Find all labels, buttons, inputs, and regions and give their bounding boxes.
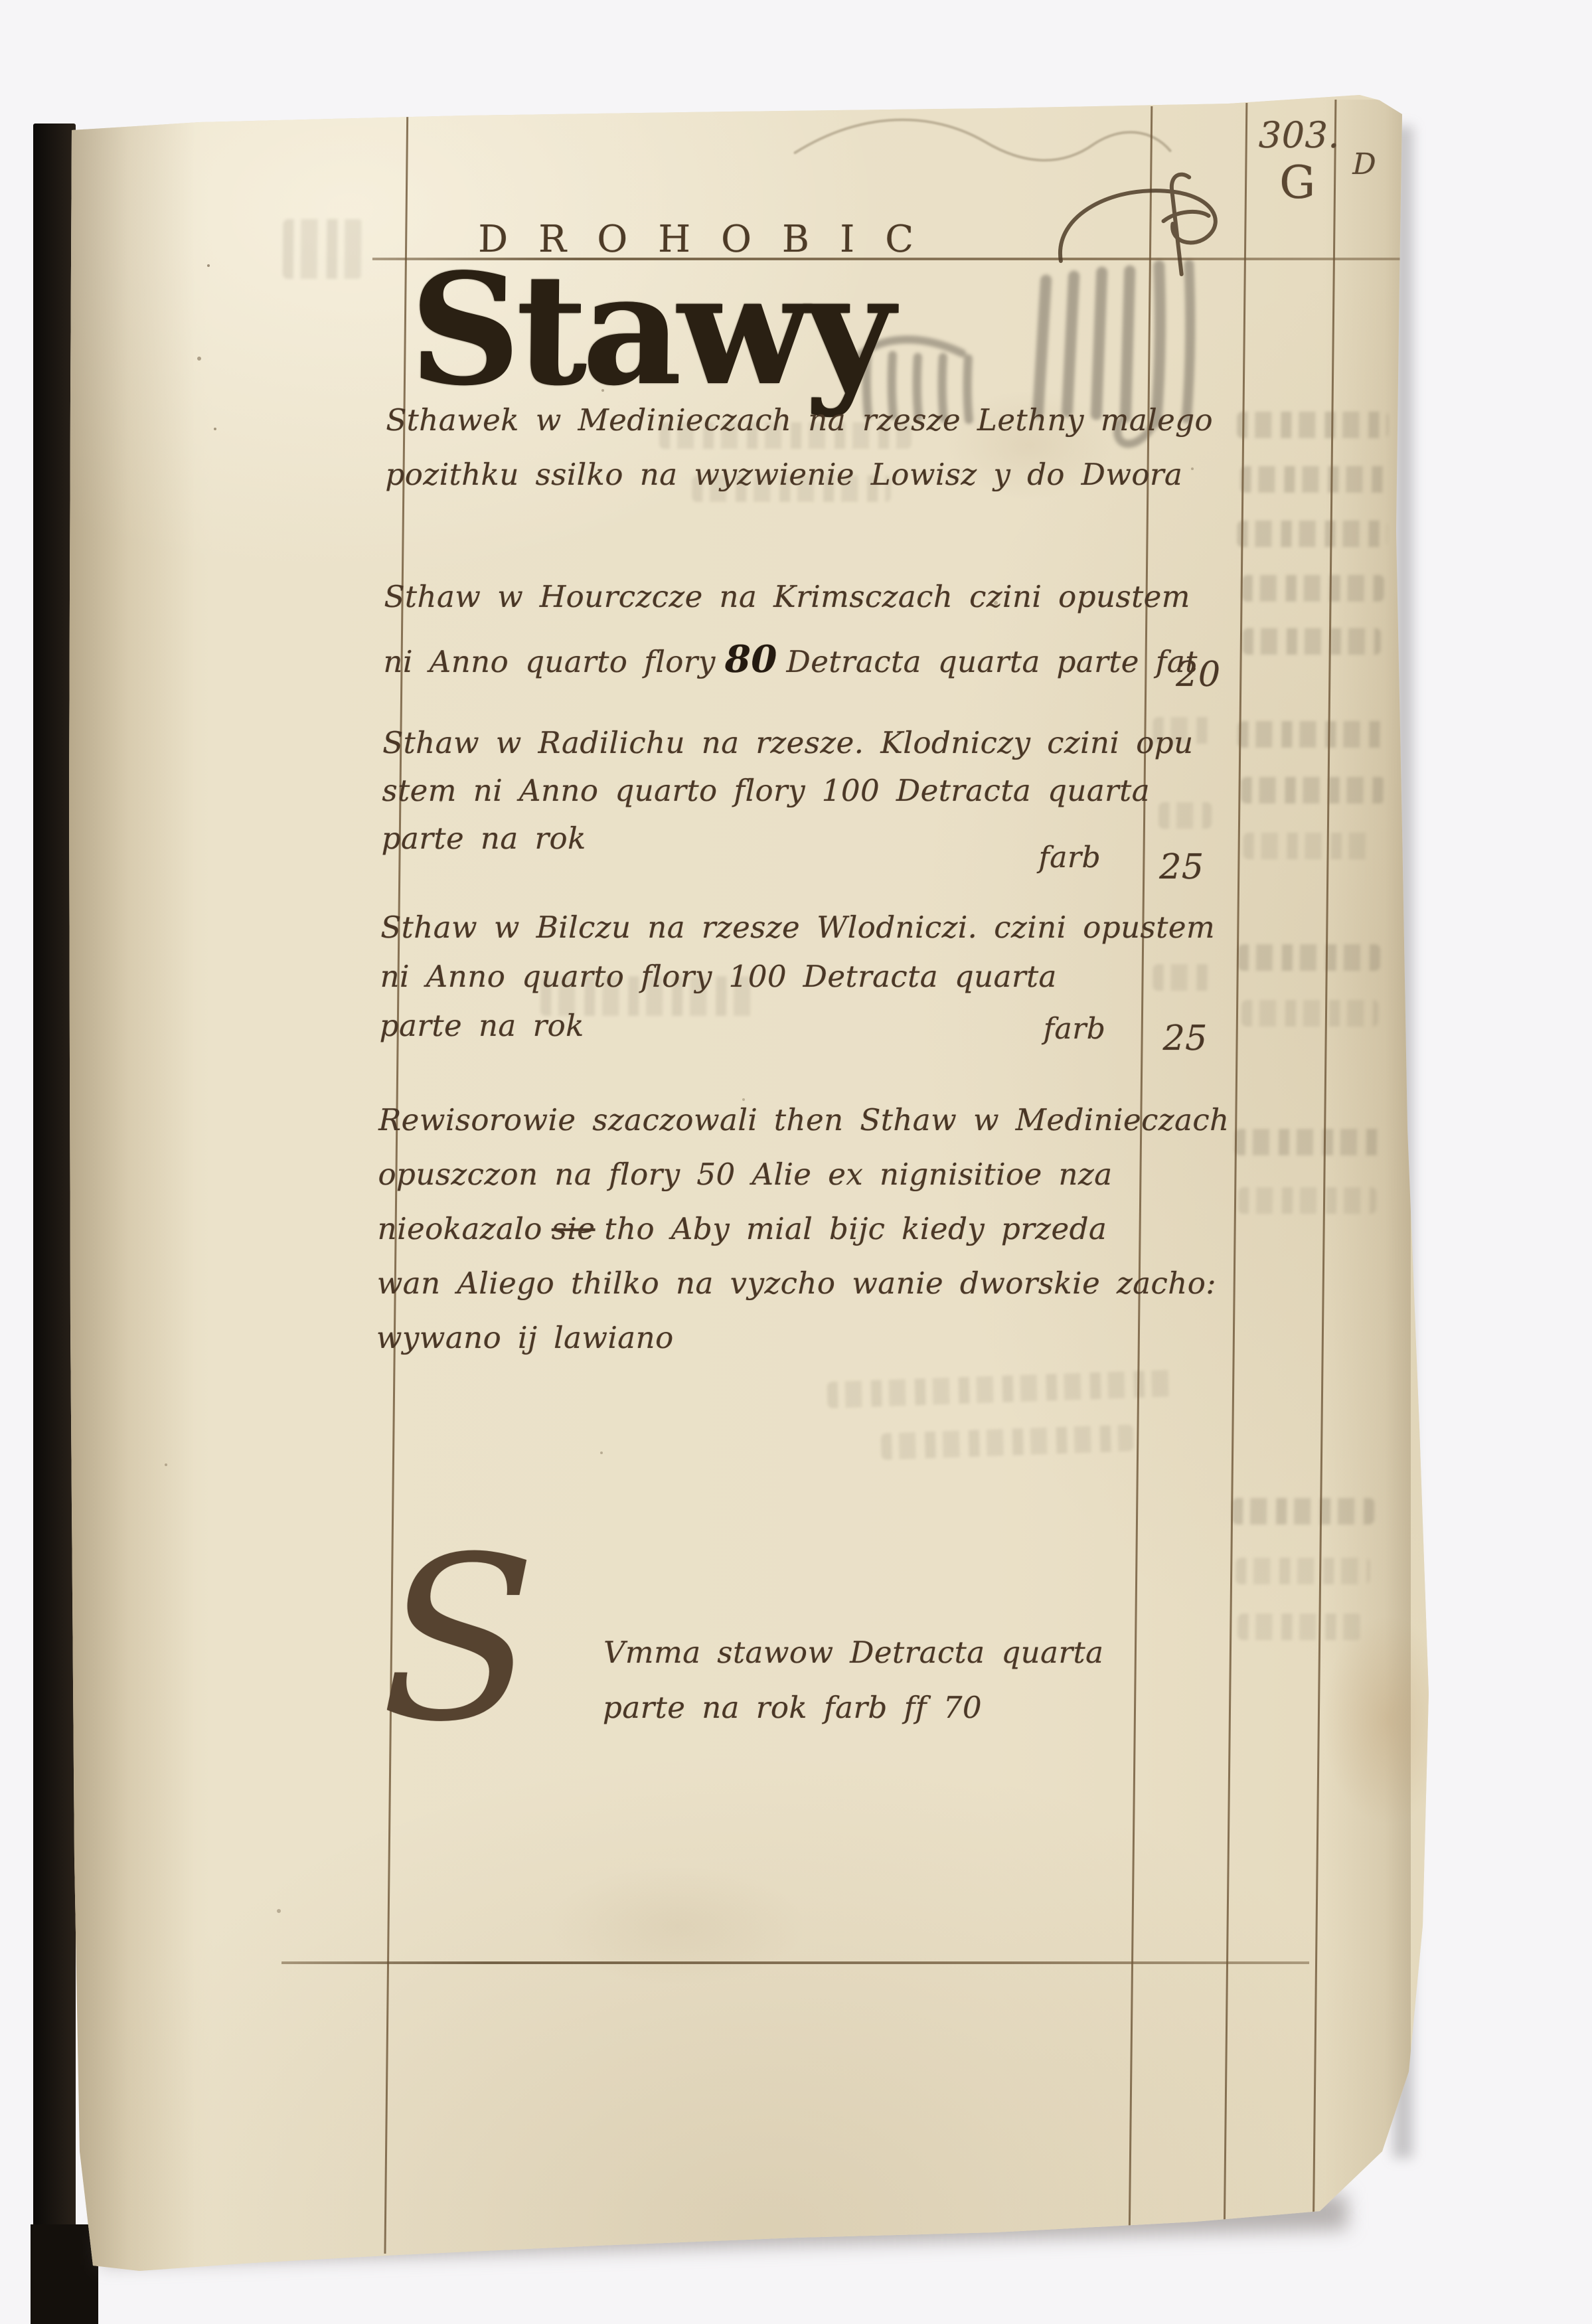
gathering-letter: G [1279, 157, 1316, 209]
header-flourish [1032, 156, 1253, 295]
bleed-through-line [283, 219, 363, 279]
entry-paragraph-5: Rewisorowie szaczowali then Sthaw w Medi… [376, 1102, 1230, 1374]
bleed-through-line [1237, 521, 1387, 547]
bleed-through-line [1232, 1498, 1374, 1525]
text-line: Sthawek w Medinieczach na rzesze Lethny … [386, 402, 1214, 457]
entry-paragraph-2: Sthaw w Hourczcze na Krimsczach czini op… [383, 579, 1208, 696]
text-line: Sthaw w Bilczu na rzesze Wlodniczi. czin… [380, 910, 1216, 959]
bleed-through-line [1238, 944, 1380, 971]
bleed-through-line [1241, 777, 1384, 803]
text-segment: nieokazalo [377, 1211, 542, 1246]
summary-line-1: Vmma stawow Detracta quarta [603, 1635, 1103, 1690]
text-segment: tho Aby mial bijc kiedy przeda [604, 1211, 1107, 1246]
facit-label: farb [1038, 841, 1101, 874]
bleed-through-line [1237, 1614, 1361, 1640]
text-segment: ni Anno quarto flory [383, 644, 716, 679]
amount-value: 25 [1162, 1019, 1208, 1058]
bottom-footer-rule [281, 1961, 1309, 1964]
scan-background: DROHOBIC 303. G D Stawy Sthawek w Medini… [0, 0, 1592, 2324]
bleed-through-line [1235, 1558, 1370, 1584]
bleed-through-line [1241, 1000, 1378, 1027]
amount-value: 20 [1176, 655, 1221, 695]
text-line: Sthaw w Hourczcze na Krimsczach czini op… [384, 579, 1208, 637]
text-line: stem ni Anno quarto flory 100 Detracta q… [382, 773, 1193, 821]
amount-inline: 80 [724, 637, 777, 681]
bleed-through-line [1237, 412, 1388, 438]
text-line: wan Aliego thilko na vyzcho wanie dworsk… [376, 1266, 1228, 1320]
struck-word: sie [552, 1211, 596, 1246]
summary-line-2: parte na rok farb ff 70 [602, 1690, 1103, 1745]
amount-value: 25 [1159, 847, 1204, 887]
facit-label: farb [1044, 1012, 1106, 1046]
text-line: wywano ij lawiano [376, 1320, 1227, 1374]
bleed-through-line [1243, 628, 1381, 655]
text-line: Sthaw w Radilichu na rzesze. Klodniczy c… [382, 725, 1194, 773]
text-line: nieokazalosietho Aby mial bijc kiedy prz… [377, 1211, 1228, 1266]
text-line: ni Anno quarto flory 100 Detracta quarta [380, 959, 1215, 1008]
text-segment: Detracta quarta parte fat [786, 644, 1198, 679]
bleed-through-line [1240, 466, 1386, 493]
bleed-through-line [881, 1424, 1134, 1459]
left-binding-strip-bottom [31, 2224, 98, 2324]
manuscript-page: DROHOBIC 303. G D Stawy Sthawek w Medini… [0, 0, 1592, 2324]
bleed-through-line [1237, 721, 1386, 748]
left-binding-strip [33, 124, 76, 2324]
bleed-through-line [1243, 833, 1374, 859]
summary-initial: S [380, 1527, 536, 1753]
bleed-through-line [1238, 1187, 1376, 1214]
text-line: pozithku ssilko na wyzwienie Lowisz y do… [385, 457, 1213, 511]
text-line: Rewisorowie szaczowali then Sthaw w Medi… [378, 1102, 1230, 1157]
bleed-through-line [1235, 1129, 1381, 1155]
page-title: Stawy [409, 254, 890, 406]
bleed-through-line [1242, 575, 1384, 602]
summary-block: Vmma stawow Detracta quarta parte na rok… [602, 1635, 1103, 1745]
page-content-layer: DROHOBIC 303. G D Stawy Sthawek w Medini… [0, 0, 1592, 2324]
entry-paragraph-1: Sthawek w Medinieczach na rzesze Lethny … [385, 402, 1214, 511]
folio-number: 303. [1259, 114, 1340, 156]
corner-letter: D [1352, 147, 1376, 181]
text-line: ni Anno quarto flory80Detracta quarta pa… [383, 637, 1207, 696]
bleed-through-line [827, 1370, 1173, 1408]
text-line: opuszczon na flory 50 Alie ex nignisitio… [378, 1157, 1229, 1211]
